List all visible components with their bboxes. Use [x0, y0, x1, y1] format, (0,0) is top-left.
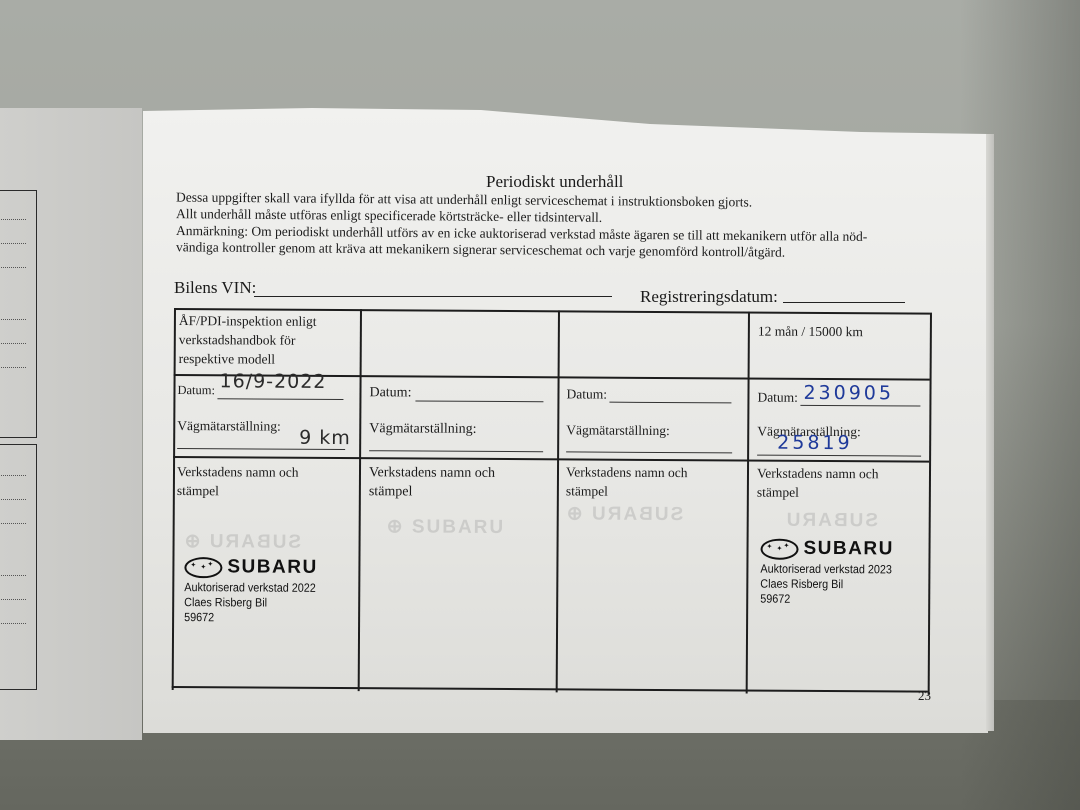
workshop-stamp-2023: ✦✦✦ SUBARU Auktoriserad verkstad 2023 Cl…	[760, 538, 907, 608]
table-border	[358, 309, 362, 691]
dotted-line	[0, 523, 26, 524]
show-through-stamp: SUBARU ⊕	[183, 530, 302, 554]
header-line: ÅF/PDI-inspektion enligt	[179, 311, 317, 331]
show-through-stamp: SUBARU ⊕	[565, 502, 684, 526]
label-line: stämpel	[177, 481, 299, 501]
subaru-logo: ✦✦✦ SUBARU	[184, 556, 330, 579]
registration-date-field[interactable]	[783, 302, 905, 303]
header-line: verkstadshandbok för	[179, 330, 317, 350]
page-title: Periodiskt underhåll	[486, 172, 623, 192]
stamp-line: Auktoriserad verkstad 2022	[184, 580, 316, 596]
dotted-line	[0, 243, 26, 244]
workshop-label: Verkstadens namn och stämpel	[566, 462, 688, 501]
date-label: Datum:	[369, 385, 411, 401]
label-line: Verkstadens namn och	[177, 462, 299, 482]
dotted-line	[0, 267, 26, 268]
vin-field[interactable]	[254, 296, 612, 297]
odometer-field[interactable]	[369, 450, 543, 452]
dotted-line	[0, 319, 26, 320]
dotted-line	[0, 475, 26, 476]
stamp-line: 59672	[760, 592, 892, 608]
left-page	[0, 108, 142, 740]
show-through-stamp: SUBARU	[785, 510, 878, 533]
date-value: 16/9-2022	[219, 370, 326, 393]
label-line: stämpel	[566, 481, 688, 501]
stamp-brand: SUBARU	[803, 538, 893, 561]
date-label: Datum:	[566, 386, 607, 402]
label-line: Verkstadens namn och	[566, 462, 688, 482]
odometer-value: 9 km	[299, 427, 351, 449]
dotted-line	[0, 499, 26, 500]
stamp-line: Claes Risberg Bil	[184, 595, 316, 611]
date-value: 230905	[803, 382, 894, 405]
label-line: stämpel	[369, 482, 495, 502]
odometer-label: Vägmätarställning:	[566, 422, 670, 439]
odometer-field[interactable]	[757, 455, 921, 457]
workshop-label: Verkstadens namn och stämpel	[757, 464, 879, 503]
show-through-stamp: ⊕ SUBARU	[387, 515, 506, 539]
date-field[interactable]	[217, 398, 343, 400]
odometer-value: 25819	[777, 432, 853, 454]
label-line: Verkstadens namn och	[757, 464, 879, 484]
table-border	[173, 456, 929, 463]
odometer-label: Vägmätarställning:	[369, 421, 476, 438]
workshop-label: Verkstadens namn och stämpel	[177, 462, 299, 501]
table-border	[746, 312, 750, 694]
date-label: Datum:	[757, 390, 798, 406]
date-label: Datum:	[177, 383, 215, 398]
table-border	[556, 310, 560, 692]
odometer-label: Vägmätarställning:	[177, 418, 281, 435]
stamp-line: 59672	[184, 610, 316, 626]
left-page-box-top	[0, 190, 37, 438]
column-4-header: 12 mån / 15000 km	[758, 322, 863, 342]
stamp-line: Claes Risberg Bil	[760, 577, 892, 593]
vin-label: Bilens VIN:	[174, 278, 256, 298]
dotted-line	[0, 575, 26, 576]
dotted-line	[0, 367, 26, 368]
page-number: 23	[918, 688, 931, 704]
dotted-line	[0, 599, 26, 600]
subaru-stars-icon: ✦✦✦	[760, 538, 798, 559]
label-line: Verkstadens namn och	[369, 463, 495, 483]
header-line: respektive modell	[179, 349, 317, 369]
workshop-label: Verkstadens namn och stämpel	[369, 463, 495, 502]
dotted-line	[0, 219, 26, 220]
dotted-line	[0, 623, 26, 624]
date-field[interactable]	[415, 400, 543, 402]
dotted-line	[0, 343, 26, 344]
date-field[interactable]	[609, 402, 731, 404]
service-table: ÅF/PDI-inspektion enligt verkstadshandbo…	[172, 308, 930, 695]
left-page-box-bottom	[0, 444, 37, 690]
odometer-field[interactable]	[566, 451, 732, 453]
stamp-brand: SUBARU	[227, 556, 317, 579]
stamp-line: Auktoriserad verkstad 2023	[760, 562, 892, 578]
date-field[interactable]	[800, 405, 920, 407]
page-edge	[986, 134, 994, 731]
registration-date-label: Registreringsdatum:	[640, 287, 778, 307]
column-1-header: ÅF/PDI-inspektion enligt verkstadshandbo…	[179, 311, 317, 369]
subaru-logo: ✦✦✦ SUBARU	[760, 538, 906, 561]
workshop-stamp-2022: ✦✦✦ SUBARU Auktoriserad verkstad 2022 Cl…	[184, 556, 331, 626]
subaru-stars-icon: ✦✦✦	[184, 557, 222, 578]
label-line: stämpel	[757, 483, 879, 503]
